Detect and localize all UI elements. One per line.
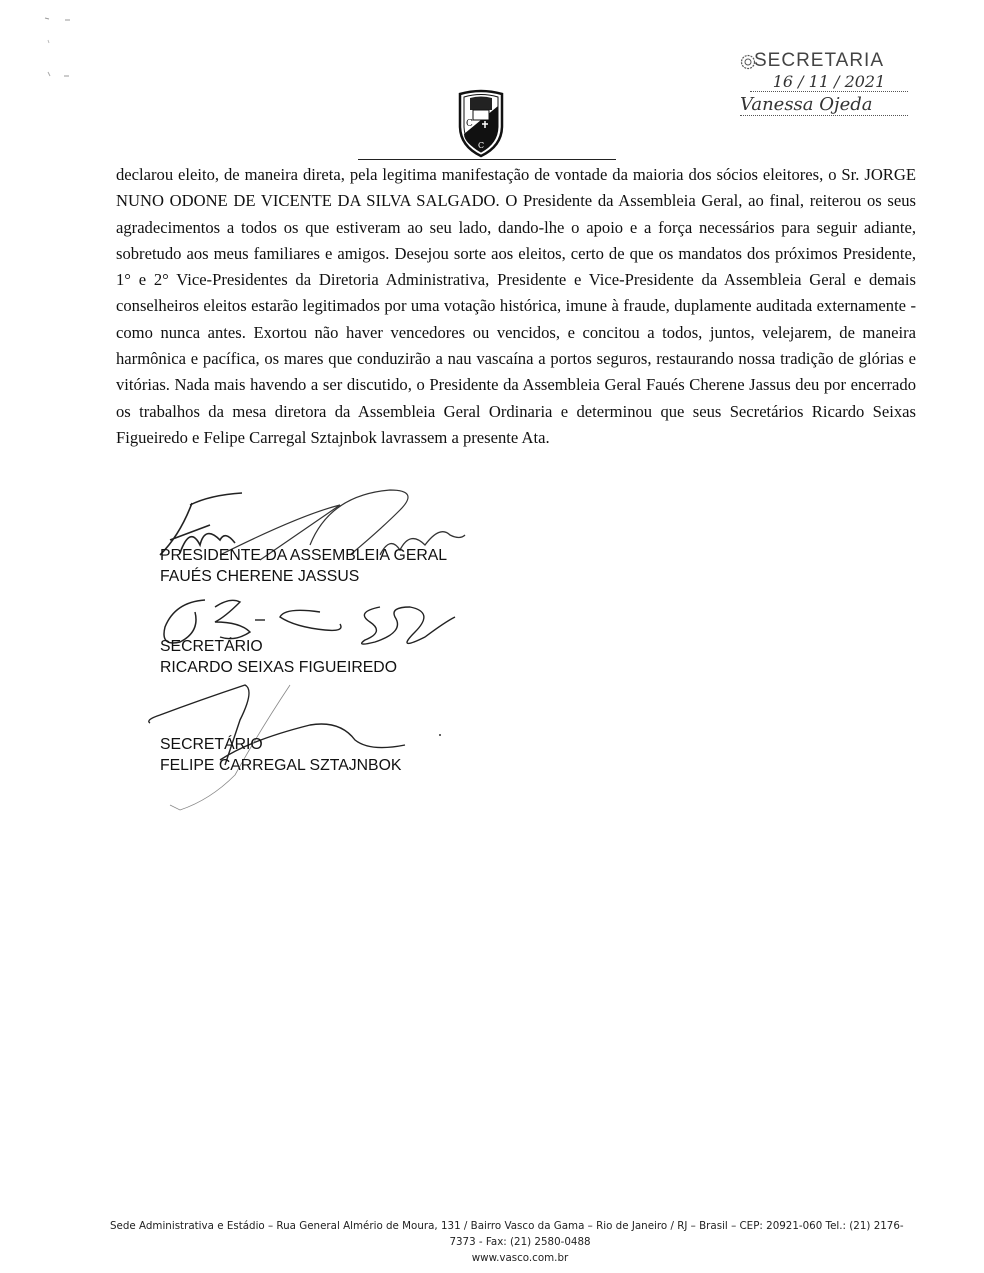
signatory-name: FELIPE CARREGAL SZTAJNBOK [160, 755, 401, 776]
scan-artifact-marks [40, 10, 90, 90]
signature-block-president: PRESIDENTE DA ASSEMBLEIA GERAL FAUÉS CHE… [160, 545, 447, 587]
stamp-date: 16 / 11 / 2021 [750, 72, 908, 92]
signatory-role: PRESIDENTE DA ASSEMBLEIA GERAL [160, 545, 447, 566]
signature-block-secretary-1: SECRETÁRIO RICARDO SEIXAS FIGUEIREDO [160, 636, 397, 678]
club-crest-icon: C C [456, 88, 506, 158]
footer-phone-fax: 7373 - Fax: (21) 2580-0488 [110, 1234, 930, 1250]
svg-text:C: C [466, 119, 473, 129]
document-page: SECRETARIA 16 / 11 / 2021 Vanessa Ojeda … [0, 0, 984, 1273]
stamp-signature: Vanessa Ojeda [740, 94, 908, 116]
svg-text:C: C [478, 141, 484, 150]
minutes-paragraph: declarou eleito, de maneira direta, pela… [116, 162, 916, 451]
secretariat-stamp: SECRETARIA 16 / 11 / 2021 Vanessa Ojeda [740, 50, 920, 140]
signatory-role: SECRETÁRIO [160, 636, 397, 657]
signature-block-secretary-2: SECRETÁRIO FELIPE CARREGAL SZTAJNBOK [160, 734, 401, 776]
signatory-name: FAUÉS CHERENE JASSUS [160, 566, 447, 587]
letterhead-footer: Sede Administrativa e Estádio – Rua Gene… [110, 1218, 930, 1266]
signatory-name: RICARDO SEIXAS FIGUEIREDO [160, 657, 397, 678]
signatory-role: SECRETÁRIO [160, 734, 401, 755]
minutes-body: declarou eleito, de maneira direta, pela… [116, 162, 916, 451]
footer-address: Sede Administrativa e Estádio – Rua Gene… [110, 1218, 930, 1234]
header-rule [358, 159, 616, 160]
footer-website: www.vasco.com.br [110, 1250, 930, 1266]
stamp-title: SECRETARIA [754, 50, 884, 72]
